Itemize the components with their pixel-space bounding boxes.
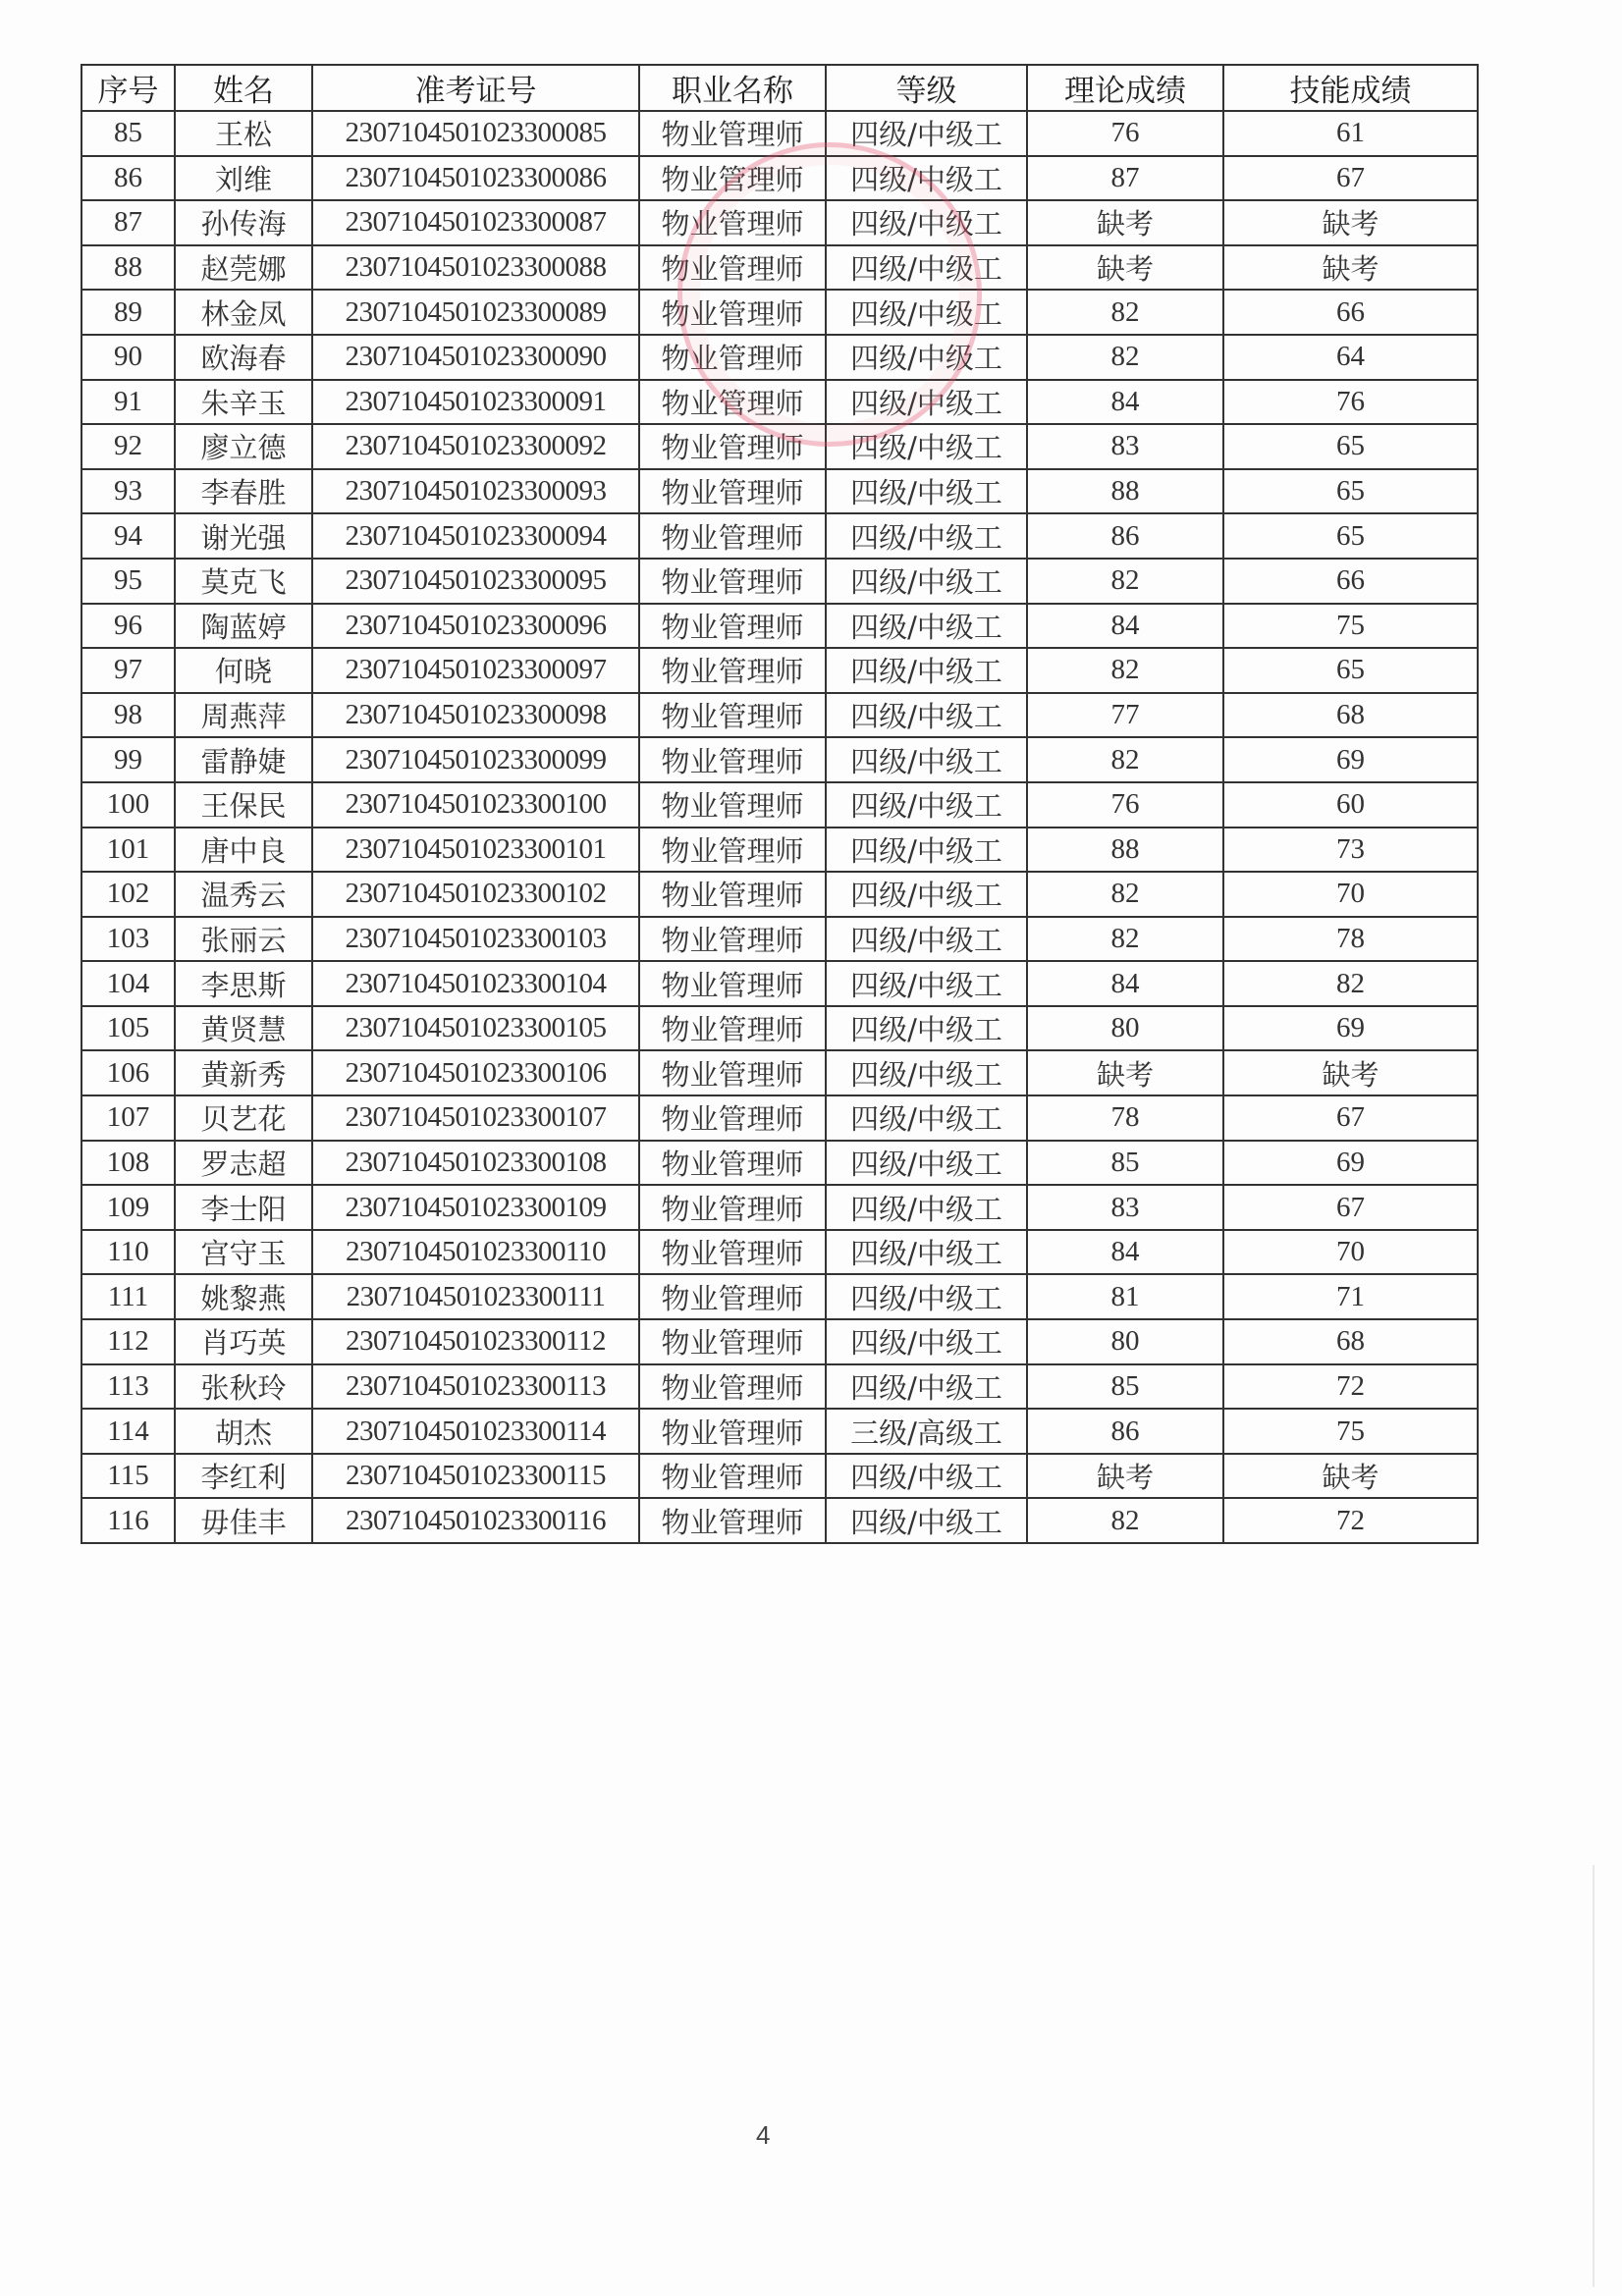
row-exam-id: 2307104501023300111: [312, 1274, 639, 1319]
row-seq: 100: [81, 782, 175, 828]
row-exam-id: 2307104501023300116: [312, 1498, 639, 1543]
header-name: 姓名: [175, 65, 312, 111]
row-exam-id: 2307104501023300095: [312, 559, 639, 604]
row-theory-score: 78: [1027, 1095, 1223, 1141]
row-level: 四级/中级工: [826, 872, 1027, 917]
row-skill-score: 64: [1223, 335, 1478, 380]
row-exam-id: 2307104501023300107: [312, 1095, 639, 1141]
row-occupation: 物业管理师: [639, 335, 826, 380]
row-skill-score: 70: [1223, 872, 1478, 917]
row-skill-score: 78: [1223, 917, 1478, 962]
row-skill-score: 65: [1223, 513, 1478, 559]
row-skill-score: 66: [1223, 559, 1478, 604]
row-seq: 92: [81, 424, 175, 469]
header-theory-score: 理论成绩: [1027, 65, 1223, 111]
row-seq: 98: [81, 693, 175, 738]
row-exam-id: 2307104501023300085: [312, 111, 639, 156]
row-theory-score: 77: [1027, 693, 1223, 738]
row-skill-score: 76: [1223, 380, 1478, 425]
row-seq: 105: [81, 1006, 175, 1051]
table-row: 99雷静婕2307104501023300099物业管理师四级/中级工8269: [81, 737, 1478, 782]
table-row: 100王保民2307104501023300100物业管理师四级/中级工7660: [81, 782, 1478, 828]
row-seq: 116: [81, 1498, 175, 1543]
row-theory-score: 86: [1027, 513, 1223, 559]
row-level: 四级/中级工: [826, 111, 1027, 156]
row-level: 四级/中级工: [826, 380, 1027, 425]
row-name: 张秋玲: [175, 1364, 312, 1410]
row-level: 四级/中级工: [826, 1141, 1027, 1186]
table-row: 96陶蓝婷2307104501023300096物业管理师四级/中级工8475: [81, 604, 1478, 649]
row-exam-id: 2307104501023300093: [312, 469, 639, 514]
row-exam-id: 2307104501023300102: [312, 872, 639, 917]
row-theory-score: 80: [1027, 1319, 1223, 1364]
row-seq: 108: [81, 1141, 175, 1186]
row-name: 孙传海: [175, 200, 312, 245]
row-seq: 101: [81, 828, 175, 873]
table-row: 91朱辛玉2307104501023300091物业管理师四级/中级工8476: [81, 380, 1478, 425]
row-level: 四级/中级工: [826, 1274, 1027, 1319]
row-occupation: 物业管理师: [639, 1454, 826, 1499]
row-skill-score: 缺考: [1223, 200, 1478, 245]
row-skill-score: 68: [1223, 693, 1478, 738]
header-level: 等级: [826, 65, 1027, 111]
row-name: 赵莞娜: [175, 245, 312, 291]
row-occupation: 物业管理师: [639, 1319, 826, 1364]
page-number: 4: [756, 2120, 770, 2151]
row-occupation: 物业管理师: [639, 737, 826, 782]
row-theory-score: 83: [1027, 424, 1223, 469]
row-exam-id: 2307104501023300087: [312, 200, 639, 245]
row-name: 周燕萍: [175, 693, 312, 738]
table-header-row: 序号 姓名 准考证号 职业名称 等级 理论成绩 技能成绩: [81, 65, 1478, 111]
row-seq: 103: [81, 917, 175, 962]
row-exam-id: 2307104501023300091: [312, 380, 639, 425]
row-theory-score: 76: [1027, 111, 1223, 156]
row-seq: 115: [81, 1454, 175, 1499]
row-name: 唐中良: [175, 828, 312, 873]
row-theory-score: 84: [1027, 961, 1223, 1006]
row-exam-id: 2307104501023300098: [312, 693, 639, 738]
row-skill-score: 82: [1223, 961, 1478, 1006]
table-row: 111姚黎燕2307104501023300111物业管理师四级/中级工8171: [81, 1274, 1478, 1319]
row-exam-id: 2307104501023300106: [312, 1050, 639, 1095]
row-seq: 94: [81, 513, 175, 559]
row-seq: 111: [81, 1274, 175, 1319]
row-level: 四级/中级工: [826, 156, 1027, 201]
row-theory-score: 87: [1027, 156, 1223, 201]
table-row: 105黄贤慧2307104501023300105物业管理师四级/中级工8069: [81, 1006, 1478, 1051]
row-occupation: 物业管理师: [639, 693, 826, 738]
row-name: 肖巧英: [175, 1319, 312, 1364]
header-skill-score: 技能成绩: [1223, 65, 1478, 111]
header-seq: 序号: [81, 65, 175, 111]
row-name: 林金凤: [175, 290, 312, 335]
row-exam-id: 2307104501023300089: [312, 290, 639, 335]
row-skill-score: 66: [1223, 290, 1478, 335]
row-seq: 102: [81, 872, 175, 917]
row-level: 三级/高级工: [826, 1409, 1027, 1454]
row-skill-score: 缺考: [1223, 1050, 1478, 1095]
row-seq: 85: [81, 111, 175, 156]
row-skill-score: 72: [1223, 1364, 1478, 1410]
row-name: 宫守玉: [175, 1230, 312, 1275]
row-name: 雷静婕: [175, 737, 312, 782]
row-occupation: 物业管理师: [639, 1274, 826, 1319]
row-seq: 87: [81, 200, 175, 245]
row-name: 王保民: [175, 782, 312, 828]
row-occupation: 物业管理师: [639, 872, 826, 917]
row-level: 四级/中级工: [826, 648, 1027, 693]
row-theory-score: 88: [1027, 469, 1223, 514]
row-skill-score: 69: [1223, 737, 1478, 782]
row-occupation: 物业管理师: [639, 1095, 826, 1141]
row-seq: 112: [81, 1319, 175, 1364]
row-level: 四级/中级工: [826, 1454, 1027, 1499]
row-name: 欧海春: [175, 335, 312, 380]
row-skill-score: 72: [1223, 1498, 1478, 1543]
table-row: 114胡杰2307104501023300114物业管理师三级/高级工8675: [81, 1409, 1478, 1454]
row-occupation: 物业管理师: [639, 1185, 826, 1230]
table-row: 86刘维2307104501023300086物业管理师四级/中级工8767: [81, 156, 1478, 201]
row-occupation: 物业管理师: [639, 1230, 826, 1275]
row-theory-score: 82: [1027, 737, 1223, 782]
row-skill-score: 67: [1223, 1095, 1478, 1141]
row-name: 刘维: [175, 156, 312, 201]
row-skill-score: 67: [1223, 1185, 1478, 1230]
row-level: 四级/中级工: [826, 200, 1027, 245]
row-seq: 95: [81, 559, 175, 604]
row-exam-id: 2307104501023300097: [312, 648, 639, 693]
row-occupation: 物业管理师: [639, 1498, 826, 1543]
row-skill-score: 75: [1223, 1409, 1478, 1454]
row-name: 毋佳丰: [175, 1498, 312, 1543]
row-theory-score: 82: [1027, 290, 1223, 335]
row-skill-score: 65: [1223, 648, 1478, 693]
row-theory-score: 81: [1027, 1274, 1223, 1319]
table-row: 113张秋玲2307104501023300113物业管理师四级/中级工8572: [81, 1364, 1478, 1410]
row-name: 李士阳: [175, 1185, 312, 1230]
row-exam-id: 2307104501023300094: [312, 513, 639, 559]
row-occupation: 物业管理师: [639, 828, 826, 873]
table-row: 85王松2307104501023300085物业管理师四级/中级工7661: [81, 111, 1478, 156]
table-body: 85王松2307104501023300085物业管理师四级/中级工766186…: [81, 111, 1478, 1543]
row-occupation: 物业管理师: [639, 245, 826, 291]
row-exam-id: 2307104501023300110: [312, 1230, 639, 1275]
row-occupation: 物业管理师: [639, 200, 826, 245]
table-row: 110宫守玉2307104501023300110物业管理师四级/中级工8470: [81, 1230, 1478, 1275]
row-level: 四级/中级工: [826, 424, 1027, 469]
row-name: 王松: [175, 111, 312, 156]
row-skill-score: 缺考: [1223, 245, 1478, 291]
row-seq: 89: [81, 290, 175, 335]
row-name: 谢光强: [175, 513, 312, 559]
row-exam-id: 2307104501023300114: [312, 1409, 639, 1454]
row-exam-id: 2307104501023300105: [312, 1006, 639, 1051]
table-row: 112肖巧英2307104501023300112物业管理师四级/中级工8068: [81, 1319, 1478, 1364]
row-level: 四级/中级工: [826, 737, 1027, 782]
row-occupation: 物业管理师: [639, 469, 826, 514]
row-level: 四级/中级工: [826, 961, 1027, 1006]
table-row: 109李士阳2307104501023300109物业管理师四级/中级工8367: [81, 1185, 1478, 1230]
row-theory-score: 缺考: [1027, 1454, 1223, 1499]
row-name: 罗志超: [175, 1141, 312, 1186]
row-theory-score: 缺考: [1027, 200, 1223, 245]
row-skill-score: 65: [1223, 469, 1478, 514]
table-row: 102温秀云2307104501023300102物业管理师四级/中级工8270: [81, 872, 1478, 917]
row-seq: 114: [81, 1409, 175, 1454]
row-level: 四级/中级工: [826, 513, 1027, 559]
row-seq: 109: [81, 1185, 175, 1230]
row-name: 姚黎燕: [175, 1274, 312, 1319]
row-name: 朱辛玉: [175, 380, 312, 425]
row-seq: 88: [81, 245, 175, 291]
row-skill-score: 69: [1223, 1006, 1478, 1051]
row-theory-score: 85: [1027, 1364, 1223, 1410]
row-level: 四级/中级工: [826, 1095, 1027, 1141]
row-seq: 97: [81, 648, 175, 693]
row-occupation: 物业管理师: [639, 380, 826, 425]
row-level: 四级/中级工: [826, 1498, 1027, 1543]
row-theory-score: 82: [1027, 335, 1223, 380]
row-level: 四级/中级工: [826, 604, 1027, 649]
row-theory-score: 82: [1027, 917, 1223, 962]
row-theory-score: 85: [1027, 1141, 1223, 1186]
row-level: 四级/中级工: [826, 1006, 1027, 1051]
row-seq: 90: [81, 335, 175, 380]
row-skill-score: 71: [1223, 1274, 1478, 1319]
row-name: 廖立德: [175, 424, 312, 469]
row-skill-score: 65: [1223, 424, 1478, 469]
row-theory-score: 76: [1027, 782, 1223, 828]
row-name: 李红利: [175, 1454, 312, 1499]
row-occupation: 物业管理师: [639, 290, 826, 335]
row-occupation: 物业管理师: [639, 961, 826, 1006]
row-level: 四级/中级工: [826, 559, 1027, 604]
row-name: 李春胜: [175, 469, 312, 514]
table-row: 106黄新秀2307104501023300106物业管理师四级/中级工缺考缺考: [81, 1050, 1478, 1095]
table-row: 116毋佳丰2307104501023300116物业管理师四级/中级工8272: [81, 1498, 1478, 1543]
row-theory-score: 84: [1027, 604, 1223, 649]
row-level: 四级/中级工: [826, 290, 1027, 335]
row-level: 四级/中级工: [826, 1319, 1027, 1364]
row-name: 胡杰: [175, 1409, 312, 1454]
row-seq: 106: [81, 1050, 175, 1095]
row-skill-score: 67: [1223, 156, 1478, 201]
row-exam-id: 2307104501023300088: [312, 245, 639, 291]
row-theory-score: 86: [1027, 1409, 1223, 1454]
row-exam-id: 2307104501023300100: [312, 782, 639, 828]
row-exam-id: 2307104501023300092: [312, 424, 639, 469]
row-exam-id: 2307104501023300101: [312, 828, 639, 873]
row-occupation: 物业管理师: [639, 1409, 826, 1454]
row-level: 四级/中级工: [826, 1050, 1027, 1095]
header-occupation: 职业名称: [639, 65, 826, 111]
row-theory-score: 88: [1027, 828, 1223, 873]
row-name: 李思斯: [175, 961, 312, 1006]
row-exam-id: 2307104501023300109: [312, 1185, 639, 1230]
row-seq: 93: [81, 469, 175, 514]
row-occupation: 物业管理师: [639, 424, 826, 469]
row-name: 莫克飞: [175, 559, 312, 604]
table-row: 104李思斯2307104501023300104物业管理师四级/中级工8482: [81, 961, 1478, 1006]
row-name: 黄新秀: [175, 1050, 312, 1095]
row-exam-id: 2307104501023300113: [312, 1364, 639, 1410]
row-name: 温秀云: [175, 872, 312, 917]
row-seq: 96: [81, 604, 175, 649]
row-exam-id: 2307104501023300086: [312, 156, 639, 201]
row-level: 四级/中级工: [826, 693, 1027, 738]
table-row: 88赵莞娜2307104501023300088物业管理师四级/中级工缺考缺考: [81, 245, 1478, 291]
table-row: 87孙传海2307104501023300087物业管理师四级/中级工缺考缺考: [81, 200, 1478, 245]
row-theory-score: 84: [1027, 1230, 1223, 1275]
row-theory-score: 80: [1027, 1006, 1223, 1051]
row-skill-score: 73: [1223, 828, 1478, 873]
exam-results-table: 序号 姓名 准考证号 职业名称 等级 理论成绩 技能成绩 85王松2307104…: [81, 64, 1479, 1544]
row-occupation: 物业管理师: [639, 559, 826, 604]
row-occupation: 物业管理师: [639, 782, 826, 828]
row-level: 四级/中级工: [826, 1230, 1027, 1275]
row-theory-score: 82: [1027, 559, 1223, 604]
row-occupation: 物业管理师: [639, 1006, 826, 1051]
table-row: 115李红利2307104501023300115物业管理师四级/中级工缺考缺考: [81, 1454, 1478, 1499]
row-theory-score: 82: [1027, 1498, 1223, 1543]
table-row: 107贝艺花2307104501023300107物业管理师四级/中级工7867: [81, 1095, 1478, 1141]
table-row: 98周燕萍2307104501023300098物业管理师四级/中级工7768: [81, 693, 1478, 738]
row-occupation: 物业管理师: [639, 1141, 826, 1186]
row-occupation: 物业管理师: [639, 1050, 826, 1095]
table-row: 108罗志超2307104501023300108物业管理师四级/中级工8569: [81, 1141, 1478, 1186]
table-row: 93李春胜2307104501023300093物业管理师四级/中级工8865: [81, 469, 1478, 514]
row-exam-id: 2307104501023300096: [312, 604, 639, 649]
row-seq: 113: [81, 1364, 175, 1410]
row-exam-id: 2307104501023300104: [312, 961, 639, 1006]
row-skill-score: 缺考: [1223, 1454, 1478, 1499]
row-seq: 99: [81, 737, 175, 782]
row-occupation: 物业管理师: [639, 513, 826, 559]
row-theory-score: 83: [1027, 1185, 1223, 1230]
row-skill-score: 68: [1223, 1319, 1478, 1364]
table-row: 101唐中良2307104501023300101物业管理师四级/中级工8873: [81, 828, 1478, 873]
row-theory-score: 82: [1027, 872, 1223, 917]
scan-edge-line: [1593, 1865, 1595, 2287]
row-seq: 107: [81, 1095, 175, 1141]
row-exam-id: 2307104501023300108: [312, 1141, 639, 1186]
row-level: 四级/中级工: [826, 245, 1027, 291]
row-occupation: 物业管理师: [639, 917, 826, 962]
row-name: 张丽云: [175, 917, 312, 962]
row-level: 四级/中级工: [826, 917, 1027, 962]
header-exam-id: 准考证号: [312, 65, 639, 111]
table-row: 97何晓2307104501023300097物业管理师四级/中级工8265: [81, 648, 1478, 693]
row-occupation: 物业管理师: [639, 156, 826, 201]
row-seq: 110: [81, 1230, 175, 1275]
row-occupation: 物业管理师: [639, 111, 826, 156]
row-level: 四级/中级工: [826, 1364, 1027, 1410]
row-occupation: 物业管理师: [639, 1364, 826, 1410]
table-row: 90欧海春2307104501023300090物业管理师四级/中级工8264: [81, 335, 1478, 380]
row-occupation: 物业管理师: [639, 648, 826, 693]
table-row: 89林金凤2307104501023300089物业管理师四级/中级工8266: [81, 290, 1478, 335]
table-row: 103张丽云2307104501023300103物业管理师四级/中级工8278: [81, 917, 1478, 962]
row-skill-score: 61: [1223, 111, 1478, 156]
row-occupation: 物业管理师: [639, 604, 826, 649]
row-exam-id: 2307104501023300115: [312, 1454, 639, 1499]
row-name: 贝艺花: [175, 1095, 312, 1141]
row-exam-id: 2307104501023300112: [312, 1319, 639, 1364]
row-level: 四级/中级工: [826, 1185, 1027, 1230]
row-theory-score: 82: [1027, 648, 1223, 693]
table-row: 92廖立德2307104501023300092物业管理师四级/中级工8365: [81, 424, 1478, 469]
row-level: 四级/中级工: [826, 335, 1027, 380]
row-skill-score: 70: [1223, 1230, 1478, 1275]
row-skill-score: 69: [1223, 1141, 1478, 1186]
row-name: 黄贤慧: [175, 1006, 312, 1051]
row-theory-score: 缺考: [1027, 245, 1223, 291]
table-row: 94谢光强2307104501023300094物业管理师四级/中级工8665: [81, 513, 1478, 559]
row-theory-score: 84: [1027, 380, 1223, 425]
table-row: 95莫克飞2307104501023300095物业管理师四级/中级工8266: [81, 559, 1478, 604]
row-level: 四级/中级工: [826, 469, 1027, 514]
document-page: 序号 姓名 准考证号 职业名称 等级 理论成绩 技能成绩 85王松2307104…: [0, 0, 1622, 2296]
row-exam-id: 2307104501023300090: [312, 335, 639, 380]
row-level: 四级/中级工: [826, 828, 1027, 873]
row-skill-score: 60: [1223, 782, 1478, 828]
row-skill-score: 75: [1223, 604, 1478, 649]
row-seq: 86: [81, 156, 175, 201]
row-name: 何晓: [175, 648, 312, 693]
row-name: 陶蓝婷: [175, 604, 312, 649]
row-theory-score: 缺考: [1027, 1050, 1223, 1095]
row-exam-id: 2307104501023300099: [312, 737, 639, 782]
row-seq: 104: [81, 961, 175, 1006]
row-seq: 91: [81, 380, 175, 425]
row-exam-id: 2307104501023300103: [312, 917, 639, 962]
row-level: 四级/中级工: [826, 782, 1027, 828]
